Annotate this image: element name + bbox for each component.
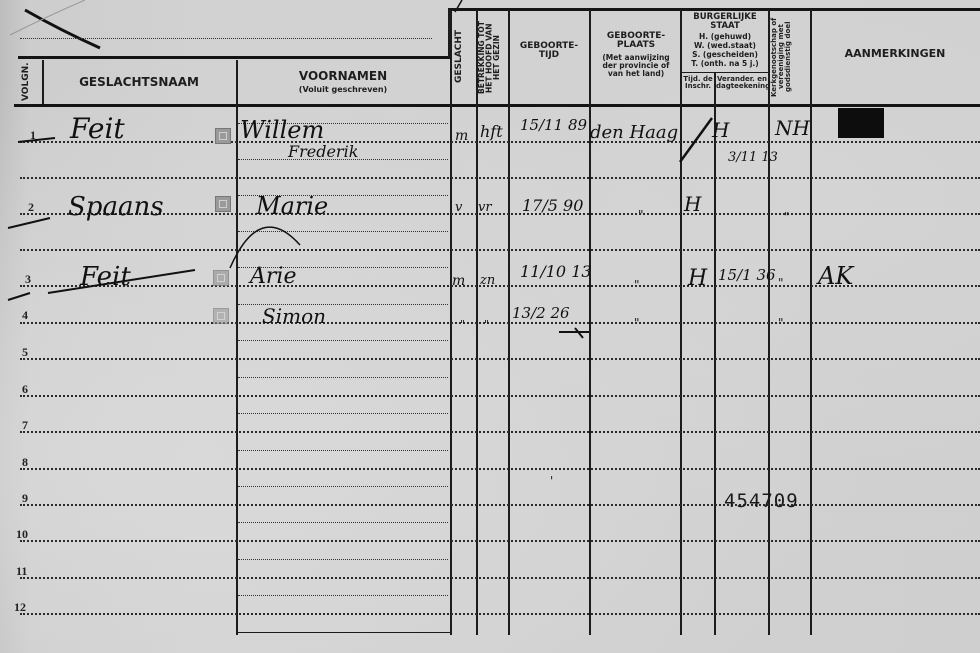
serial-number: 454709 [724, 490, 799, 512]
entry-4-birthplace: " [634, 316, 640, 330]
entry-4-religion: " [778, 316, 784, 330]
underline-mark [555, 326, 595, 340]
row-line-12 [20, 613, 980, 615]
stray-mark: ' [550, 474, 553, 488]
name-bottom-line [236, 632, 450, 633]
row-line-11 [20, 577, 980, 579]
entry-1-birthplace: den Haag [590, 122, 678, 143]
entry-1-surname: Feit [70, 112, 125, 145]
entry-2-gender: v [455, 200, 462, 215]
entry-4-relation: " [484, 318, 489, 331]
name-subline [238, 522, 448, 523]
row-number: 10 [16, 527, 28, 542]
name-subline [238, 559, 448, 560]
entry-1-gender: m [455, 128, 468, 144]
entry-2-civil-status: H [684, 192, 701, 216]
entry-3-birthplace: " [634, 278, 640, 292]
row-number: 7 [22, 418, 28, 433]
entry-4-gender: " [460, 318, 465, 331]
row-line-6 [20, 395, 980, 397]
entry-3-gender: m [452, 273, 465, 289]
entry-1-firstname: Willem [240, 116, 324, 144]
row-number: 9 [22, 491, 28, 506]
row-line-7 [20, 431, 980, 433]
entry-2-birthplace: " [638, 208, 644, 222]
entry-1-firstname-2: Frederik [288, 142, 358, 161]
redaction-block [838, 108, 884, 138]
name-subline [238, 450, 448, 451]
row-number: 5 [22, 345, 28, 360]
entry-3-firstname: Arie [250, 264, 296, 289]
row-number: 12 [14, 600, 26, 615]
entry-2-firstname: Marie [256, 192, 328, 220]
entry-2-religion: " [784, 210, 790, 224]
row-number: 8 [22, 455, 28, 470]
name-subline [238, 377, 448, 378]
name-subline [238, 486, 448, 487]
row-line-5 [20, 358, 980, 360]
row-line-10 [20, 540, 980, 542]
entry-1-relation: hft [480, 122, 503, 141]
name-subline [238, 340, 448, 341]
row-number: 6 [22, 382, 28, 397]
entry-1-civil-status: H [712, 118, 729, 142]
entry-3-surname: Feit [80, 262, 131, 292]
entry-3-remarks: AK [818, 262, 853, 290]
entry-3-religion: " [778, 276, 784, 290]
entry-4-firstname: Simon [262, 304, 326, 328]
row-number: 11 [16, 564, 27, 579]
entry-4-birthdate: 13/2 26 [512, 304, 570, 322]
entry-2-birthdate: 17/5 90 [522, 196, 583, 215]
name-subline [238, 413, 448, 414]
entry-1-civil-status-change: 3/11 13 [728, 150, 778, 165]
entry-2-relation: vr [478, 200, 492, 215]
row-line-9 [20, 504, 980, 506]
entry-3-relation: zn [480, 273, 495, 288]
entry-1-religion: NH [775, 116, 810, 140]
registration-card: VOLGN. GESLACHTSNAAM VOORNAMEN (Voluit g… [0, 0, 980, 653]
entry-3-civil-status: H [688, 266, 707, 291]
entry-3-civil-status-change: 15/1 36 [718, 266, 776, 284]
row-line-8 [20, 468, 980, 470]
entry-2-surname: Spaans [68, 192, 164, 222]
entry-1-birthdate: 15/11 89 [520, 116, 587, 134]
name-subline [238, 595, 448, 596]
entry-3-birthdate: 11/10 13 [520, 262, 592, 281]
